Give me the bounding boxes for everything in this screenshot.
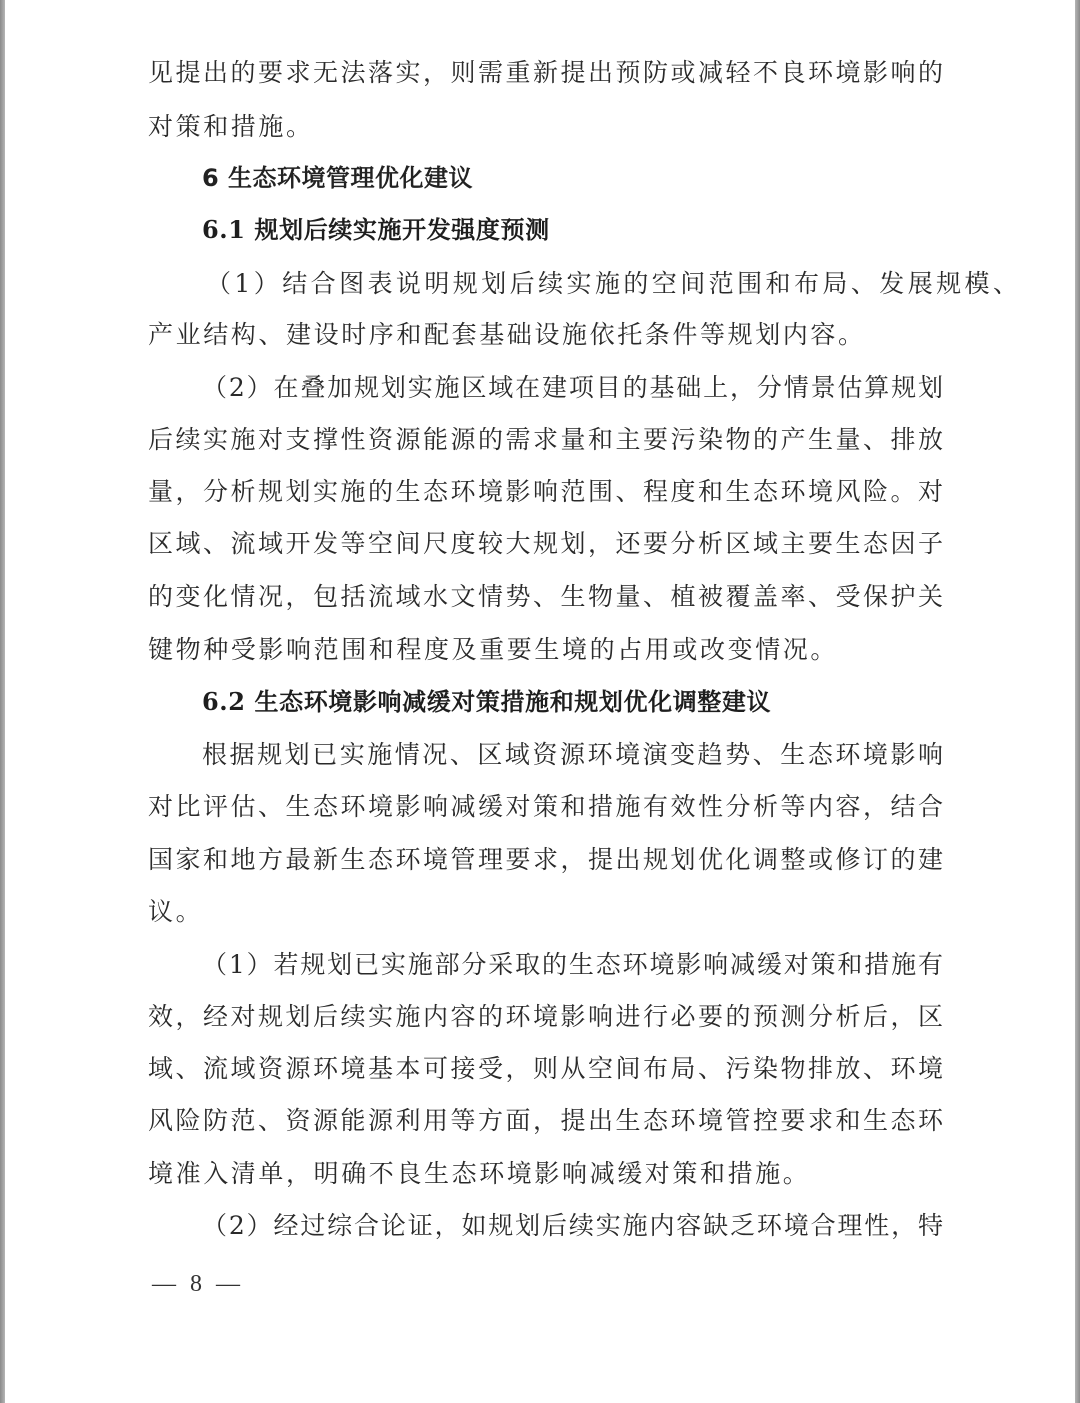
- body-text-line: 境准入清单，明确不良生态环境影响减缓对策和措施。: [148, 1154, 943, 1194]
- body-text-line: 见提出的要求无法落实，则需重新提出预防或减轻不良环境影响的: [148, 53, 943, 93]
- body-text-line: 对策和措施。: [148, 107, 943, 147]
- body-text-line: 对比评估、生态环境影响减缓对策和措施有效性分析等内容，结合: [148, 787, 943, 827]
- body-text-line: 产业结构、建设时序和配套基础设施依托条件等规划内容。: [148, 315, 943, 355]
- body-text-line: （1）若规划已实施部分采取的生态环境影响减缓对策和措施有: [202, 945, 943, 985]
- page-edge-right: [1075, 0, 1080, 1403]
- body-text-line: 风险防范、资源能源利用等方面，提出生态环境管控要求和生态环: [148, 1101, 943, 1141]
- body-text-line: 国家和地方最新生态环境管理要求，提出规划优化调整或修订的建: [148, 840, 943, 880]
- body-text-line: 的变化情况，包括流域水文情势、生物量、植被覆盖率、受保护关: [148, 577, 943, 617]
- body-text-line: 议。: [148, 892, 943, 932]
- document-page: 见提出的要求无法落实，则需重新提出预防或减轻不良环境影响的 对策和措施。 6 生…: [5, 0, 1075, 1403]
- section-heading: 6 生态环境管理优化建议: [202, 158, 473, 198]
- body-text-line: （1）结合图表说明规划后续实施的空间范围和布局、发展规模、: [206, 264, 1018, 304]
- body-text-line: 后续实施对支撑性资源能源的需求量和主要污染物的产生量、排放: [148, 420, 943, 460]
- subsection-heading: 6.1 规划后续实施开发强度预测: [202, 210, 550, 250]
- body-text-line: 键物种受影响范围和程度及重要生境的占用或改变情况。: [148, 630, 943, 670]
- body-text-line: 效，经对规划后续实施内容的环境影响进行必要的预测分析后，区: [148, 997, 943, 1037]
- body-text-line: 域、流域资源环境基本可接受，则从空间布局、污染物排放、环境: [148, 1049, 943, 1089]
- subsection-heading: 6.2 生态环境影响减缓对策措施和规划优化调整建议: [202, 682, 771, 722]
- body-text-line: 根据规划已实施情况、区域资源环境演变趋势、生态环境影响: [202, 735, 943, 775]
- body-text-line: 区域、流域开发等空间尺度较大规划，还要分析区域主要生态因子: [148, 524, 943, 564]
- body-text-line: （2）在叠加规划实施区域在建项目的基础上，分情景估算规划: [202, 368, 943, 408]
- body-text-line: （2）经过综合论证，如规划后续实施内容缺乏环境合理性，特: [202, 1206, 943, 1246]
- page-number: — 8 —: [152, 1266, 240, 1302]
- body-text-line: 量，分析规划实施的生态环境影响范围、程度和生态环境风险。对: [148, 472, 943, 512]
